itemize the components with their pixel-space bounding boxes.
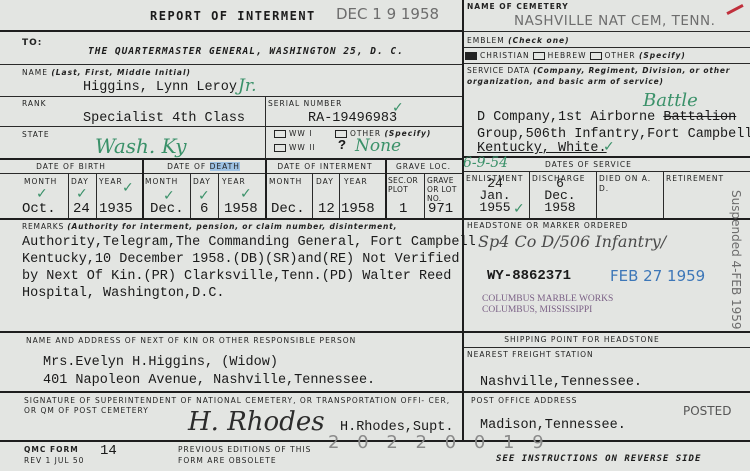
grave-number-label: GRAVE OR LOT NO. [427,176,461,203]
divider [462,331,750,333]
checkbox-ww2[interactable] [274,144,286,152]
received-date-stamp: DEC 1 9 1958 [336,5,439,23]
form-name: QMC FORM [24,445,79,454]
next-of-kin-label: NAME AND ADDRESS OF NEXT OF KIN OR OTHER… [26,336,356,345]
divider [190,173,191,218]
remarks-line: Kentucky,10 December 1958.(DB)(SR)and(RE… [22,251,476,268]
dod-year-label: YEAR [222,177,246,186]
service-data-line3: Kentucky, White. [477,141,607,156]
name-suffix-handwritten: Jr. [238,76,256,96]
checkmark-icon: ✓ [240,186,252,202]
doi-month-label: MONTH [269,177,302,186]
remarks-line: Hospital, Washington,D.C. [22,285,476,302]
dod-day-label: DAY [193,177,211,186]
post-office-value: Madison,Tennessee. [480,418,626,433]
emblem-options: CHRISTIANHEBREWOTHER (Specify) [463,51,686,60]
dob-day: 24 [73,201,90,217]
divider [68,173,69,218]
dod-month-label: MONTH [145,177,178,186]
divider [462,31,750,32]
rank-value: Specialist 4th Class [83,111,245,126]
divider [0,126,462,127]
war-handwritten: None [355,136,401,156]
divider [312,173,313,218]
supplier-line2: COLUMBUS, MISSISSIPPI [482,305,592,315]
to-value: THE QUARTERMASTER GENERAL, WASHINGTON 25… [88,46,404,57]
grave-loc-label: GRAVE LOC. [385,162,462,171]
doi-month: Dec. [271,201,305,217]
state-label: STATE [22,130,50,139]
dob-year-label: YEAR [99,177,123,186]
divider [424,173,425,218]
divider [265,96,266,158]
name-label: NAME (Last, First, Middle Initial) [22,68,191,77]
cemetery-label: NAME OF CEMETERY [467,2,569,11]
divider [0,391,750,393]
doi-day: 12 [318,201,335,217]
checkmark-icon: ✓ [513,201,525,217]
freight-station-label: NEAREST FREIGHT STATION [467,350,594,359]
dates-of-service-label: DATES OF SERVICE [545,160,632,169]
form-revision: REV 1 JUL 50 [24,456,84,465]
dod-year: 1958 [224,201,258,217]
handwritten-date: 6-9-54 [463,155,508,171]
retirement-label: RETIREMENT [666,174,724,183]
divider [0,173,462,174]
checkmark-icon: ✓ [122,180,134,196]
instructions-note: SEE INSTRUCTIONS ON REVERSE SIDE [496,454,701,464]
checkmark-icon: ✓ [198,188,210,204]
suspended-stamp: Suspended 4-FEB 1959 [729,190,743,390]
rank-label: RANK [22,99,47,108]
headstone-label: HEADSTONE OR MARKER ORDERED [467,221,628,230]
headstone-handwritten: Sp4 Co D/506 Infantry/ [478,232,666,251]
emblem-label: EMBLEM (Check one) [467,36,570,45]
date-of-death-label: DATE OF DEATH [142,162,265,171]
section-label: SEC.OR PLOT [388,176,424,194]
divider [462,0,464,440]
checkbox-ww1[interactable] [274,130,286,138]
christian-label: CHRISTIAN [480,51,530,60]
divider [462,47,750,48]
checkmark-icon: ✓ [76,186,88,202]
hebrew-label: HEBREW [548,51,587,60]
checkmark-icon: ✓ [392,100,404,116]
divider [0,96,462,97]
service-data-label: SERVICE DATA (Company, Regiment, Divisio… [467,66,747,87]
dob-month: Oct. [22,201,56,217]
next-of-kin-line2: 401 Napoleon Avenue, Nashville,Tennessee… [43,373,375,388]
service-data-line1: D Company,1st Airborne Battalion [477,110,736,125]
checkbox-other[interactable] [335,130,347,138]
dob-day-label: DAY [71,177,89,186]
service-data-correction: Battle [643,90,698,111]
ww1-option[interactable]: WW I [271,129,312,138]
divider [0,218,750,220]
dob-year: 1935 [99,201,133,217]
form-title-text: REPORT OF INTERMENT [150,9,316,23]
date-of-birth-label: DATE OF BIRTH [0,162,142,171]
question-mark: ? [338,139,346,154]
checkbox-hebrew[interactable] [533,52,545,60]
other-emblem-hint: (Specify) [639,51,686,60]
doi-year-label: YEAR [344,177,368,186]
obsolete-line2: FORM ARE OBSOLETE [178,456,277,465]
divider [339,173,340,218]
checkbox-christian[interactable] [465,52,477,60]
checkmark-icon: ✓ [36,186,48,202]
divider [462,171,750,172]
remarks-label: REMARKS (Authority for interment, pensio… [22,222,397,231]
divider [462,63,750,64]
shipping-point-label: SHIPPING POINT FOR HEADSTONE [462,335,702,344]
doi-year: 1958 [341,201,375,217]
checkmark-icon: ✓ [603,139,615,155]
state-handwritten: Wash. Ky [95,134,187,158]
section-value: 1 [399,201,407,217]
signature-handwritten: H. Rhodes [188,407,325,437]
discharge-value: 6 Dec. 1958 [530,178,590,214]
checkmark-icon: ✓ [163,188,175,204]
grave-number-value: 971 [428,201,453,217]
headstone-date-stamp: FEB 27 1959 [610,267,705,285]
posted-stamp: POSTED [683,404,731,418]
divider [0,331,462,333]
divider [0,30,462,32]
dob-month-label: MONTH [24,177,57,186]
supplier-line1: COLUMBUS MARBLE WORKS [482,294,613,304]
file-number-stamp: 2 0 2 2 0 0 1 9 [328,432,550,453]
divider [0,158,462,160]
form-number: 14 [100,443,117,459]
date-of-interment-label: DATE OF INTERMENT [265,162,385,171]
to-label: TO: [22,38,42,48]
freight-station-value: Nashville,Tennessee. [480,375,642,390]
other-emblem-label: OTHER [605,51,636,60]
divider [663,171,664,218]
name-value: Higgins, Lynn Leroy [83,80,237,95]
form-title: REPORT OF INTERMENT [150,9,316,23]
post-office-label: POST OFFICE ADDRESS [471,396,577,405]
doi-day-label: DAY [316,177,334,186]
report-of-interment-form: REPORT OF INTERMENT DEC 1 9 1958 TO: THE… [0,0,750,471]
red-check-mark [726,4,743,15]
divider [96,173,97,218]
cemetery-value: NASHVILLE NAT CEM, TENN. [514,13,715,29]
next-of-kin-line1: Mrs.Evelyn H.Higgins, (Widow) [43,355,278,370]
remarks-line: Authority,Telegram,The Commanding Genera… [22,234,476,251]
divider [462,347,750,348]
remarks-line: by Next Of Kin.(PR) Clarksville,Tenn.(PD… [22,268,476,285]
divider [218,173,219,218]
checkbox-other-emblem[interactable] [590,52,602,60]
died-on-ad-label: DIED ON A. D. [599,174,661,194]
divider [0,64,462,65]
remarks-text: Authority,Telegram,The Commanding Genera… [22,234,476,302]
obsolete-line1: PREVIOUS EDITIONS OF THIS [178,445,311,454]
headstone-order-number: WY-8862371 [487,268,571,284]
serial-number-value: RA-19496983 [308,111,397,126]
divider [596,171,597,218]
ww2-option[interactable]: WW II [271,143,316,152]
serial-number-label: SERIAL NUMBER [268,99,342,108]
